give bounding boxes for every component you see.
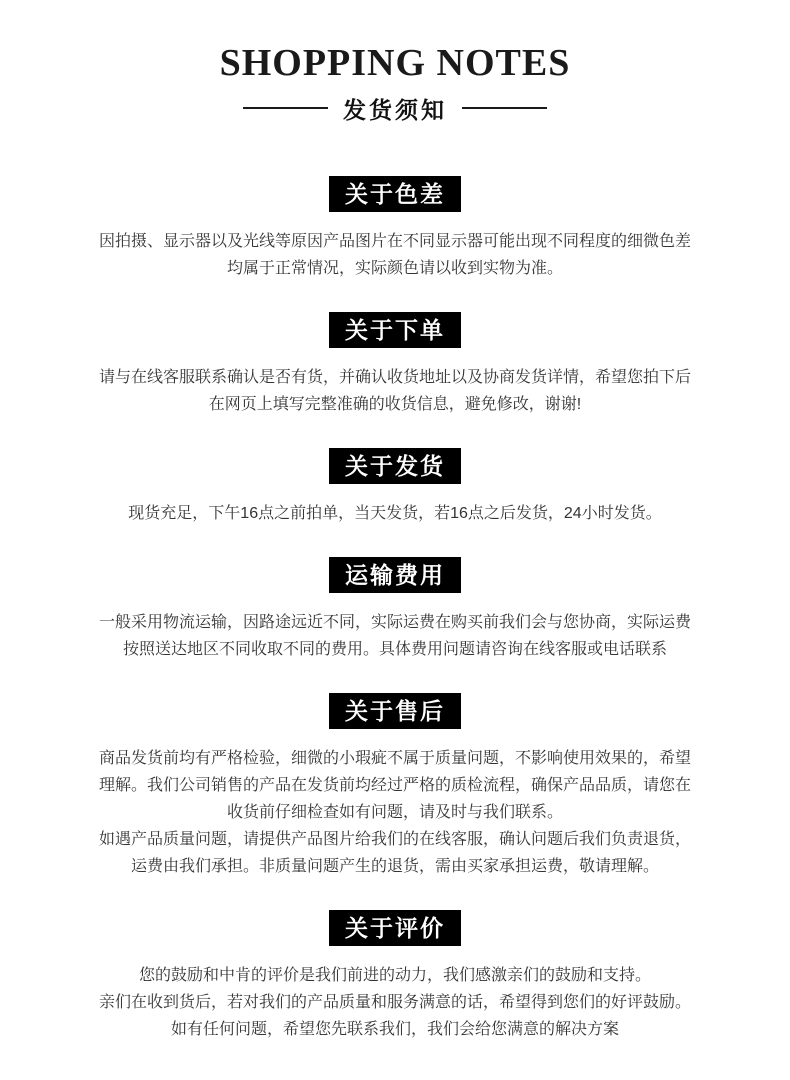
section-paragraph: 您的鼓励和中肯的评价是我们前进的动力，我们感激亲们的鼓励和支持。亲们在收到货后，…: [0, 962, 790, 1043]
section-paragraph: 现货充足，下午16点之前拍单，当天发货，若16点之后发货，24小时发货。: [0, 500, 790, 527]
page-header: SHOPPING NOTES 发货须知: [0, 40, 790, 122]
subtitle-left-rule: [243, 107, 328, 109]
paragraph-line: 因拍摄、显示器以及光线等原因产品图片在不同显示器可能出现不同程度的细微色差: [0, 228, 790, 255]
section-badge-row: 运输费用: [0, 557, 790, 593]
section-badge-row: 关于发货: [0, 448, 790, 484]
paragraph-line: 如有任何问题，希望您先联系我们，我们会给您满意的解决方案: [0, 1016, 790, 1043]
paragraph-line: 一般采用物流运输，因路途远近不同，实际运费在购买前我们会与您协商，实际运费: [0, 609, 790, 636]
section-paragraph: 一般采用物流运输，因路途远近不同，实际运费在购买前我们会与您协商，实际运费按照送…: [0, 609, 790, 663]
section-paragraph: 因拍摄、显示器以及光线等原因产品图片在不同显示器可能出现不同程度的细微色差均属于…: [0, 228, 790, 282]
paragraph-line: 如遇产品质量问题，请提供产品图片给我们的在线客服，确认问题后我们负责退货，: [0, 826, 790, 853]
section-badge: 关于售后: [329, 693, 461, 729]
notes-sections: 关于色差 因拍摄、显示器以及光线等原因产品图片在不同显示器可能出现不同程度的细微…: [0, 176, 790, 1043]
paragraph-line: 理解。我们公司销售的产品在发货前均经过严格的质检流程，确保产品品质，请您在: [0, 772, 790, 799]
section-badge: 运输费用: [329, 557, 461, 593]
notes-section: 运输费用 一般采用物流运输，因路途远近不同，实际运费在购买前我们会与您协商，实际…: [0, 557, 790, 663]
paragraph-line: 运费由我们承担。非质量问题产生的退货，需由买家承担运费，敬请理解。: [0, 853, 790, 880]
page-title: SHOPPING NOTES: [0, 40, 790, 86]
paragraph-line: 按照送达地区不同收取不同的费用。具体费用问题请咨询在线客服或电话联系: [0, 636, 790, 663]
paragraph-line: 均属于正常情况，实际颜色请以收到实物为准。: [0, 255, 790, 282]
paragraph-line: 现货充足，下午16点之前拍单，当天发货，若16点之后发货，24小时发货。: [0, 500, 790, 527]
section-badge-row: 关于评价: [0, 910, 790, 946]
subtitle-right-rule: [462, 107, 547, 109]
section-badge: 关于发货: [329, 448, 461, 484]
paragraph-line: 亲们在收到货后，若对我们的产品质量和服务满意的话，希望得到您们的好评鼓励。: [0, 989, 790, 1016]
notes-section: 关于售后 商品发货前均有严格检验，细微的小瑕疵不属于质量问题，不影响使用效果的，…: [0, 693, 790, 880]
section-badge: 关于色差: [329, 176, 461, 212]
section-paragraph: 请与在线客服联系确认是否有货，并确认收货地址以及协商发货详情，希望您拍下后在网页…: [0, 364, 790, 418]
section-badge: 关于下单: [329, 312, 461, 348]
notes-section: 关于下单 请与在线客服联系确认是否有货，并确认收货地址以及协商发货详情，希望您拍…: [0, 312, 790, 418]
notes-section: 关于色差 因拍摄、显示器以及光线等原因产品图片在不同显示器可能出现不同程度的细微…: [0, 176, 790, 282]
notes-section: 关于评价 您的鼓励和中肯的评价是我们前进的动力，我们感激亲们的鼓励和支持。亲们在…: [0, 910, 790, 1043]
paragraph-line: 您的鼓励和中肯的评价是我们前进的动力，我们感激亲们的鼓励和支持。: [0, 962, 790, 989]
shopping-notes-page: SHOPPING NOTES 发货须知 关于色差 因拍摄、显示器以及光线等原因产…: [0, 0, 790, 1080]
section-badge-row: 关于下单: [0, 312, 790, 348]
section-paragraph: 商品发货前均有严格检验，细微的小瑕疵不属于质量问题，不影响使用效果的，希望理解。…: [0, 745, 790, 880]
section-badge: 关于评价: [329, 910, 461, 946]
notes-section: 关于发货 现货充足，下午16点之前拍单，当天发货，若16点之后发货，24小时发货…: [0, 448, 790, 527]
subtitle-row: 发货须知: [0, 94, 790, 122]
section-badge-row: 关于色差: [0, 176, 790, 212]
section-badge-row: 关于售后: [0, 693, 790, 729]
paragraph-line: 请与在线客服联系确认是否有货，并确认收货地址以及协商发货详情，希望您拍下后: [0, 364, 790, 391]
page-subtitle: 发货须知: [343, 92, 447, 125]
paragraph-line: 收货前仔细检查如有问题，请及时与我们联系。: [0, 799, 790, 826]
paragraph-line: 商品发货前均有严格检验，细微的小瑕疵不属于质量问题，不影响使用效果的，希望: [0, 745, 790, 772]
paragraph-line: 在网页上填写完整准确的收货信息，避免修改，谢谢!: [0, 391, 790, 418]
